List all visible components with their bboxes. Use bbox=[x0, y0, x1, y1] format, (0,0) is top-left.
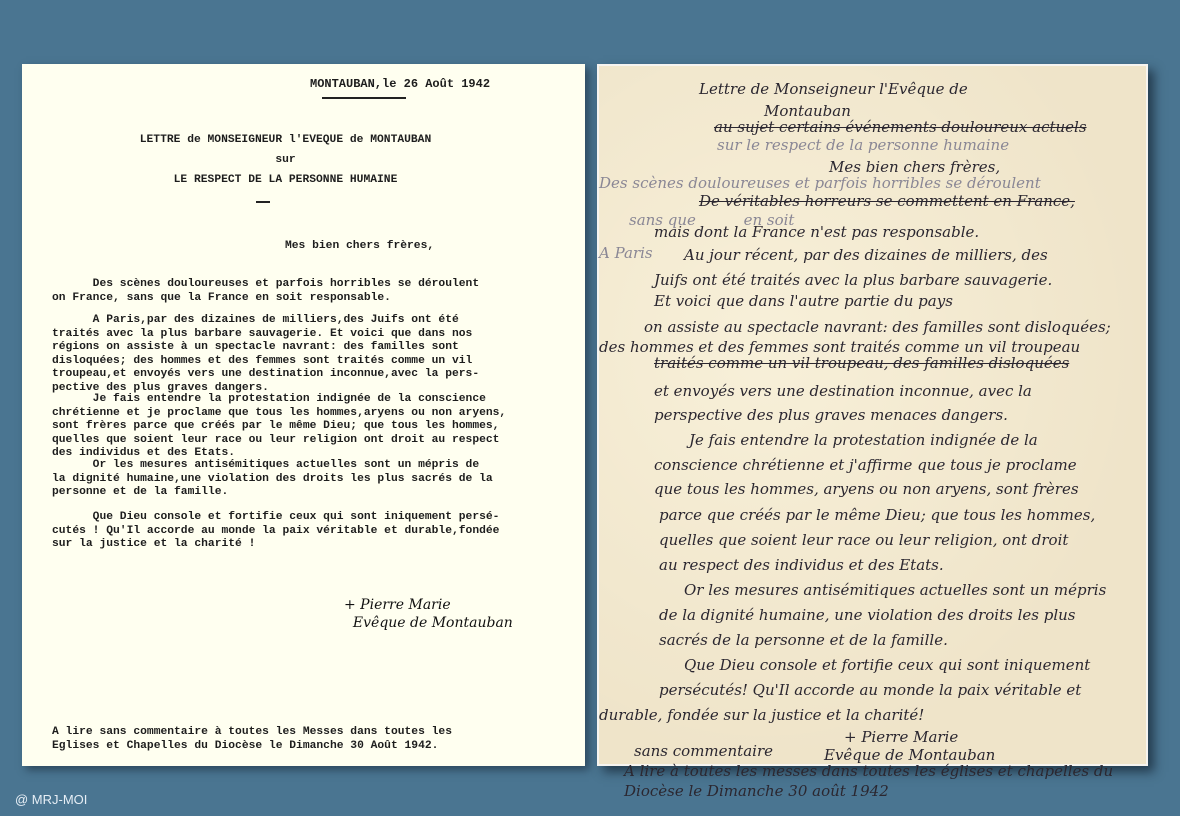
handwritten-line: et envoyés vers une destination inconnue… bbox=[654, 382, 1032, 400]
letter-paragraph-4: Or les mesures antisémitiques actuelles … bbox=[52, 459, 572, 500]
handwritten-line: de la dignité humaine, une violation des… bbox=[659, 606, 1075, 624]
handwritten-line: sur le respect de la personne humaine bbox=[717, 136, 1009, 154]
handwritten-line: Je fais entendre la protestation indigné… bbox=[689, 431, 1038, 449]
letter-footer-note: A lire sans commentaire à toutes les Mes… bbox=[52, 726, 452, 753]
handwritten-line: Or les mesures antisémitiques actuelles … bbox=[684, 581, 1106, 599]
title-dash-divider bbox=[256, 201, 270, 203]
letter-title-sur: sur bbox=[4, 154, 567, 168]
letter-greeting: Mes bien chers frères, bbox=[285, 240, 434, 254]
handwritten-line: parce que créés par le même Dieu; que to… bbox=[659, 506, 1095, 524]
handwritten-draft-page: Lettre de Monseigneur l'Evêque deMontaub… bbox=[597, 64, 1148, 766]
handwritten-line: sacrés de la personne et de la famille. bbox=[659, 631, 948, 649]
letter-subject: LE RESPECT DE LA PERSONNE HUMAINE bbox=[4, 174, 567, 188]
handwritten-line: A Paris bbox=[599, 244, 653, 262]
handwritten-line: A lire à toutes les messes dans toutes l… bbox=[624, 762, 1113, 780]
typed-letter-page: MONTAUBAN,le 26 Août 1942 LETTRE de MONS… bbox=[22, 64, 585, 766]
letter-date: MONTAUBAN,le 26 Août 1942 bbox=[310, 78, 490, 92]
handwritten-line: on assiste au spectacle navrant: des fam… bbox=[644, 318, 1111, 336]
photo-credit: @ MRJ-MOI bbox=[15, 792, 87, 807]
handwritten-line: conscience chrétienne et j'affirme que t… bbox=[654, 456, 1077, 474]
handwritten-line: mais dont la France n'est pas responsabl… bbox=[654, 223, 979, 241]
handwritten-line: De véritables horreurs se commettent en … bbox=[699, 192, 1075, 210]
handwritten-line: sans commentaire bbox=[634, 742, 773, 760]
letter-paragraph-3: Je fais entendre la protestation indigné… bbox=[52, 393, 572, 461]
handwritten-line: quelles que soient leur race ou leur rel… bbox=[659, 531, 1068, 549]
handwritten-line: Juifs ont été traités avec la plus barba… bbox=[654, 271, 1052, 289]
letter-paragraph-1: Des scènes douloureuses et parfois horri… bbox=[52, 278, 572, 305]
handwritten-line: au sujet certains événements douloureux … bbox=[714, 118, 1087, 136]
handwritten-line: au respect des individus et des Etats. bbox=[659, 556, 944, 574]
handwritten-line: perspective des plus graves menaces dang… bbox=[654, 406, 1008, 424]
handwritten-line: Lettre de Monseigneur l'Evêque de bbox=[699, 80, 968, 98]
handwritten-line: + Pierre Marie bbox=[844, 728, 958, 746]
handwritten-line: durable, fondée sur la justice et la cha… bbox=[599, 706, 924, 724]
bishop-signature: + Pierre Marie Evêque de Montauban bbox=[344, 596, 513, 632]
letter-paragraph-5: Que Dieu console et fortifie ceux qui so… bbox=[52, 511, 572, 552]
letter-paragraph-2: A Paris,par des dizaines de milliers,des… bbox=[52, 314, 572, 396]
letter-title: LETTRE de MONSEIGNEUR l'EVEQUE de MONTAU… bbox=[4, 134, 567, 148]
handwritten-line: Des scènes douloureuses et parfois horri… bbox=[599, 174, 1041, 192]
handwritten-line: Diocèse le Dimanche 30 août 1942 bbox=[624, 782, 889, 800]
handwritten-line: Et voici que dans l'autre partie du pays bbox=[654, 292, 953, 310]
date-underline bbox=[322, 97, 406, 99]
handwritten-line: persécutés! Qu'Il accorde au monde la pa… bbox=[659, 681, 1081, 699]
handwritten-line: que tous les hommes, aryens ou non aryen… bbox=[654, 480, 1079, 498]
handwritten-line: Que Dieu console et fortifie ceux qui so… bbox=[684, 656, 1090, 674]
handwritten-line: Au jour récent, par des dizaines de mill… bbox=[684, 246, 1048, 264]
handwritten-line: traités comme un vil troupeau, des famil… bbox=[654, 354, 1069, 372]
